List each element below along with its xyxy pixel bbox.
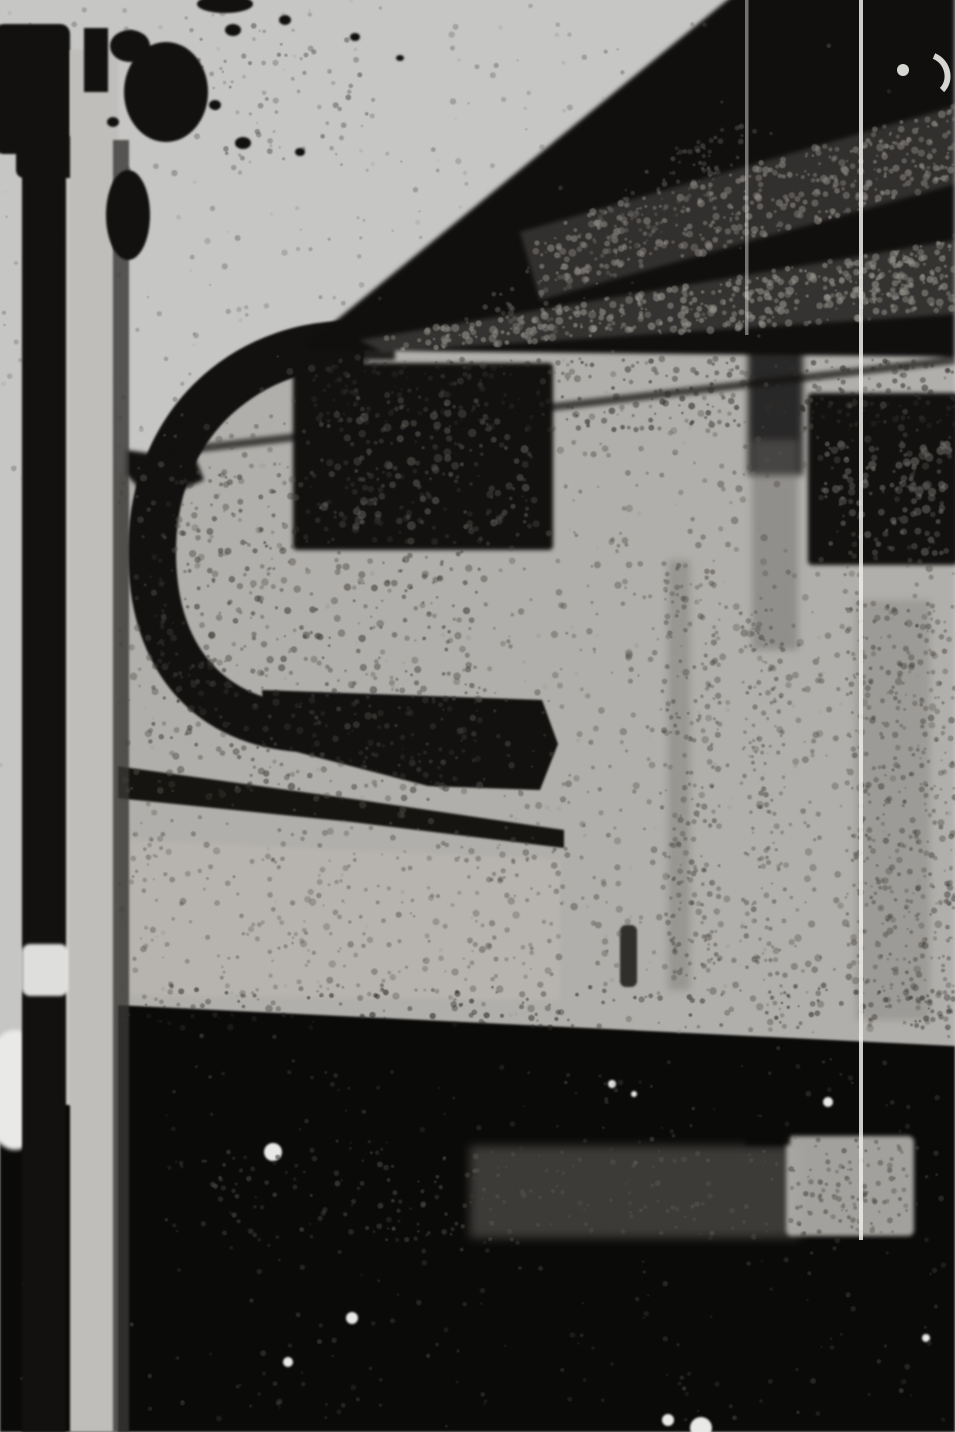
grain-dot [356,983,360,987]
grain-dot [6,216,8,218]
grain-dot [166,849,172,855]
grain-dot [790,1186,794,1190]
grain-dot [132,833,135,836]
grain-dot [601,418,607,424]
grain-dot [178,671,182,675]
grain-dot [723,895,730,902]
grain-dot [778,292,785,299]
grain-dot [779,1021,782,1024]
grain-dot [514,412,516,414]
grain-dot [454,420,459,425]
grain-dot [296,247,300,251]
grain-dot [828,156,831,159]
grain-dot [759,635,765,641]
grain-dot [258,464,262,468]
grain-dot [752,724,756,728]
grain-dot [240,994,244,998]
grain-dot [165,942,170,947]
grain-dot [900,174,907,181]
grain-dot [744,386,748,390]
grain-dot [151,939,154,942]
grain-dot [700,143,705,148]
grain-dot [881,309,887,315]
grain-dot [892,296,897,301]
grain-dot [580,241,586,247]
grain-dot [778,229,781,232]
grain-dot [751,761,755,765]
grain-dot [928,813,932,817]
grain-dot [613,393,620,400]
grain-dot [931,670,936,675]
grain-dot [349,84,354,89]
grain-dot [504,1344,507,1347]
grain-dot [309,486,312,489]
grain-dot [937,696,940,699]
grain-dot [915,1146,919,1150]
grain-dot [847,943,851,947]
grain-dot [216,614,222,620]
grain-dot [818,988,820,990]
grain-dot [948,305,955,312]
grain-dot [839,1001,844,1006]
grain-dot [933,162,936,165]
grain-dot [163,434,166,437]
grain-dot [172,1090,176,1094]
grain-dot [351,730,354,733]
grain-dot [460,846,463,849]
grain-dot [830,1058,832,1060]
grain-dot [310,1235,314,1239]
grain-dot [920,624,926,630]
grain-dot [540,325,545,330]
grain-dot [390,974,396,980]
grain-dot [803,1231,806,1234]
grain-dot [611,386,615,390]
grain-dot [391,580,398,587]
grain-dot [638,316,644,322]
grain-dot [878,420,880,422]
grain-dot [739,309,745,315]
grain-dot [798,1223,801,1226]
grain-dot [625,189,627,191]
grain-dot [868,678,873,683]
grain-dot [876,383,881,388]
grain-dot [383,362,387,366]
grain-dot [851,1082,853,1084]
grain-dot [939,419,942,422]
grain-dot [272,1034,276,1038]
grain-dot [812,384,817,389]
grain-dot [593,648,596,651]
grain-dot [451,903,455,907]
grain-dot [830,293,835,298]
grain-dot [667,316,673,322]
grain-dot [619,809,622,812]
grain-dot [670,326,677,333]
grain-dot [934,250,940,256]
grain-dot [287,466,289,468]
grain-dot [361,125,363,127]
grain-dot [727,1158,732,1163]
grain-dot [755,593,759,597]
grain-dot [768,927,772,931]
grain-dot [620,425,625,430]
grain-dot [903,708,906,711]
grain-dot [564,484,568,488]
grain-dot [677,1029,682,1034]
grain-dot [226,822,229,825]
grain-dot [846,693,849,696]
grain-dot [931,148,936,153]
grain-dot [499,365,502,368]
grain-dot [564,1081,568,1085]
grain-dot [770,639,775,644]
grain-dot [910,308,915,313]
grain-dot [71,21,77,27]
grain-dot [319,412,324,417]
grain-dot [316,767,320,771]
grain-dot [475,335,478,338]
grain-dot [646,240,648,242]
grain-dot [465,653,470,658]
grain-dot [803,821,807,825]
grain-dot [219,612,221,614]
grain-dot [173,676,175,678]
grain-dot [476,781,484,789]
grain-dot [711,633,715,637]
grain-dot [634,216,636,218]
grain-dot [187,673,190,676]
grain-dot [890,517,896,523]
grain-dot [899,289,905,295]
grain-dot [905,787,907,789]
grain-dot [846,368,850,372]
grain-dot [271,531,275,535]
grain-dot [929,913,932,916]
grain-dot [891,617,894,620]
grain-dot [702,478,707,483]
grain-dot [317,661,322,666]
grain-dot [601,1001,605,1005]
grain-dot [260,601,263,604]
grain-dot [542,413,545,416]
grain-dot [203,424,210,431]
grain-dot [163,1005,166,1008]
grain-dot [933,308,939,314]
grain-dot [255,1196,258,1199]
grain-dot [314,813,316,815]
grain-dot [359,149,363,153]
grain-dot [736,156,740,160]
grain-dot [488,1237,492,1241]
grain-dot [536,1223,540,1227]
grain-dot [323,923,330,930]
grain-dot [532,750,534,752]
grain-dot [847,1215,851,1219]
grain-dot [433,324,440,331]
grain-dot [434,1195,439,1200]
grain-dot [785,266,791,272]
grain-dot [304,1119,309,1124]
grain-dot [353,953,358,958]
grain-dot [383,423,391,431]
grain-dot [157,311,162,316]
grain-dot [510,1121,516,1127]
grain-dot [458,409,467,418]
grain-dot [473,942,478,947]
grain-dot [509,545,515,551]
grain-dot [628,1180,630,1182]
grain-dot [174,727,180,733]
grain-dot [743,730,747,734]
grain-dot [701,882,705,886]
grain-dot [403,618,408,623]
grain-dot [541,991,547,997]
grain-dot [447,671,451,675]
grain-dot [657,995,663,1001]
grain-dot [833,897,839,903]
grain-dot [840,180,846,186]
grain-dot [584,277,590,283]
grain-dot [653,206,657,210]
grain-dot [448,995,453,1000]
grain-dot [427,611,431,615]
grain-dot [213,658,217,662]
grain-dot [322,656,325,659]
grain-dot [749,1158,753,1162]
grain-dot [246,1176,252,1182]
grain-dot [183,479,187,483]
grain-dot [503,393,507,397]
grain-dot [300,229,302,231]
grain-dot [510,814,513,817]
grain-dot [143,943,148,948]
grain-dot [912,985,919,992]
grain-dot [727,805,732,810]
grain-dot [14,261,18,265]
grain-dot [892,368,898,374]
grain-dot [769,745,772,748]
grain-dot [795,908,799,912]
grain-dot [144,926,148,930]
grain-dot [626,505,633,512]
grain-dot [587,584,590,587]
grain-dot [924,979,926,981]
grain-dot [332,399,335,402]
grain-dot [804,399,810,405]
grain-dot [678,404,680,406]
grain-dot [452,777,455,780]
grain-dot [320,458,324,462]
grain-dot [353,853,355,855]
grain-dot [589,1228,594,1233]
grain-dot [196,470,201,475]
grain-dot [389,822,392,825]
grain-dot [560,902,563,905]
grain-dot [786,674,793,681]
grain-dot [384,723,390,729]
grain-dot [946,110,951,115]
grain-dot [490,163,495,168]
grain-dot [705,681,711,687]
grain-dot [82,7,87,12]
grain-dot [146,863,149,866]
grain-dot [633,782,640,789]
grain-dot [341,122,347,128]
grain-dot [647,736,649,738]
grain-dot [882,124,886,128]
grain-dot [528,1015,534,1021]
grain-dot [670,636,672,638]
grain-dot [475,64,480,69]
grain-dot [152,663,159,670]
grain-dot [580,1333,584,1337]
grain-dot [452,405,456,409]
grain-dot [649,404,653,408]
grain-dot [382,562,384,564]
grain-dot [485,512,489,516]
grain-dot [171,1127,176,1132]
grain-dot [890,1157,894,1161]
grain-dot [321,1211,326,1216]
grain-dot [619,532,622,535]
grain-dot [716,663,721,668]
grain-dot [324,1071,327,1074]
grain-dot [689,1013,693,1017]
grain-dot [901,143,903,145]
grain-dot [236,1385,240,1389]
grain-dot [927,760,931,764]
grain-dot [634,243,640,249]
grain-dot [454,1222,458,1226]
grain-dot [161,616,166,621]
grain-dot [142,994,147,999]
grain-dot [838,1219,842,1223]
grain-dot [630,191,635,196]
grain-dot [491,364,498,371]
grain-dot [430,723,436,729]
grain-dot [650,728,655,733]
grain-dot [154,614,157,617]
grain-dot [358,571,365,578]
grain-dot [604,50,608,54]
grain-dot [472,407,475,410]
grain-dot [863,478,868,483]
grain-dot [336,706,341,711]
grain-dot [808,800,811,803]
grain-dot [638,1080,641,1083]
grain-dot [581,896,584,899]
grain-dot [411,657,418,664]
grain-dot [925,809,927,811]
grain-dot [613,826,616,829]
grain-dot [641,308,643,310]
grain-dot [839,1073,842,1076]
grain-dot [908,746,913,751]
grain-dot [623,378,625,380]
grain-dot [312,473,317,478]
grain-dot [390,835,396,841]
grain-dot [499,293,502,296]
grain-dot [638,1140,641,1143]
grain-dot [865,978,870,983]
grain-dot [902,804,905,807]
grain-dot [345,95,351,101]
grain-dot [398,939,402,943]
grain-dot [570,1332,576,1338]
grain-dot [935,921,943,929]
grain-dot [731,293,735,297]
grain-dot [539,264,544,269]
pole-shaft-dark [22,26,66,1432]
grain-dot [414,783,418,787]
grain-dot [760,776,764,780]
grain-dot [174,480,178,484]
grain-dot [902,800,906,804]
grain-dot [423,959,425,961]
grain-dot [946,982,952,988]
grain-dot [484,1399,487,1402]
grain-dot [712,213,719,220]
grain-dot [878,509,885,516]
grain-dot [842,515,845,518]
grain-dot [885,529,888,532]
grain-dot [208,479,212,483]
grain-dot [341,874,344,877]
grain-dot [461,788,467,794]
grain-dot [912,701,918,707]
grain-dot [255,988,259,992]
grain-dot [524,107,527,110]
grain-dot [299,938,304,943]
grain-dot [806,824,810,828]
grain-dot [130,673,138,681]
grain-dot [530,887,533,890]
grain-dot [915,254,918,257]
grain-dot [757,858,761,862]
grain-dot [697,1025,701,1029]
grain-dot [748,685,752,689]
grain-dot [910,457,919,466]
grain-dot [615,255,617,257]
grain-dot [618,1080,624,1086]
grain-dot [600,254,605,259]
grain-dot [481,337,486,342]
grain-dot [685,310,688,313]
grain-dot [830,282,835,287]
grain-dot [892,768,895,771]
grain-dot [836,530,839,533]
grain-dot [172,753,179,760]
grain-dot [425,340,431,346]
grain-dot [320,134,325,139]
grain-dot [540,378,547,385]
grain-dot [508,644,513,649]
grain-dot [694,599,699,604]
grain-dot [794,945,797,948]
grain-dot [901,284,904,287]
grain-dot [797,212,803,218]
grain-dot [365,925,368,928]
grain-dot [333,102,339,108]
grain-dot [466,364,472,370]
grain-dot [896,296,899,299]
grain-dot [688,962,692,966]
grain-dot [951,605,955,609]
grain-dot [548,333,556,341]
grain-dot [772,316,774,318]
grain-dot [566,363,570,367]
